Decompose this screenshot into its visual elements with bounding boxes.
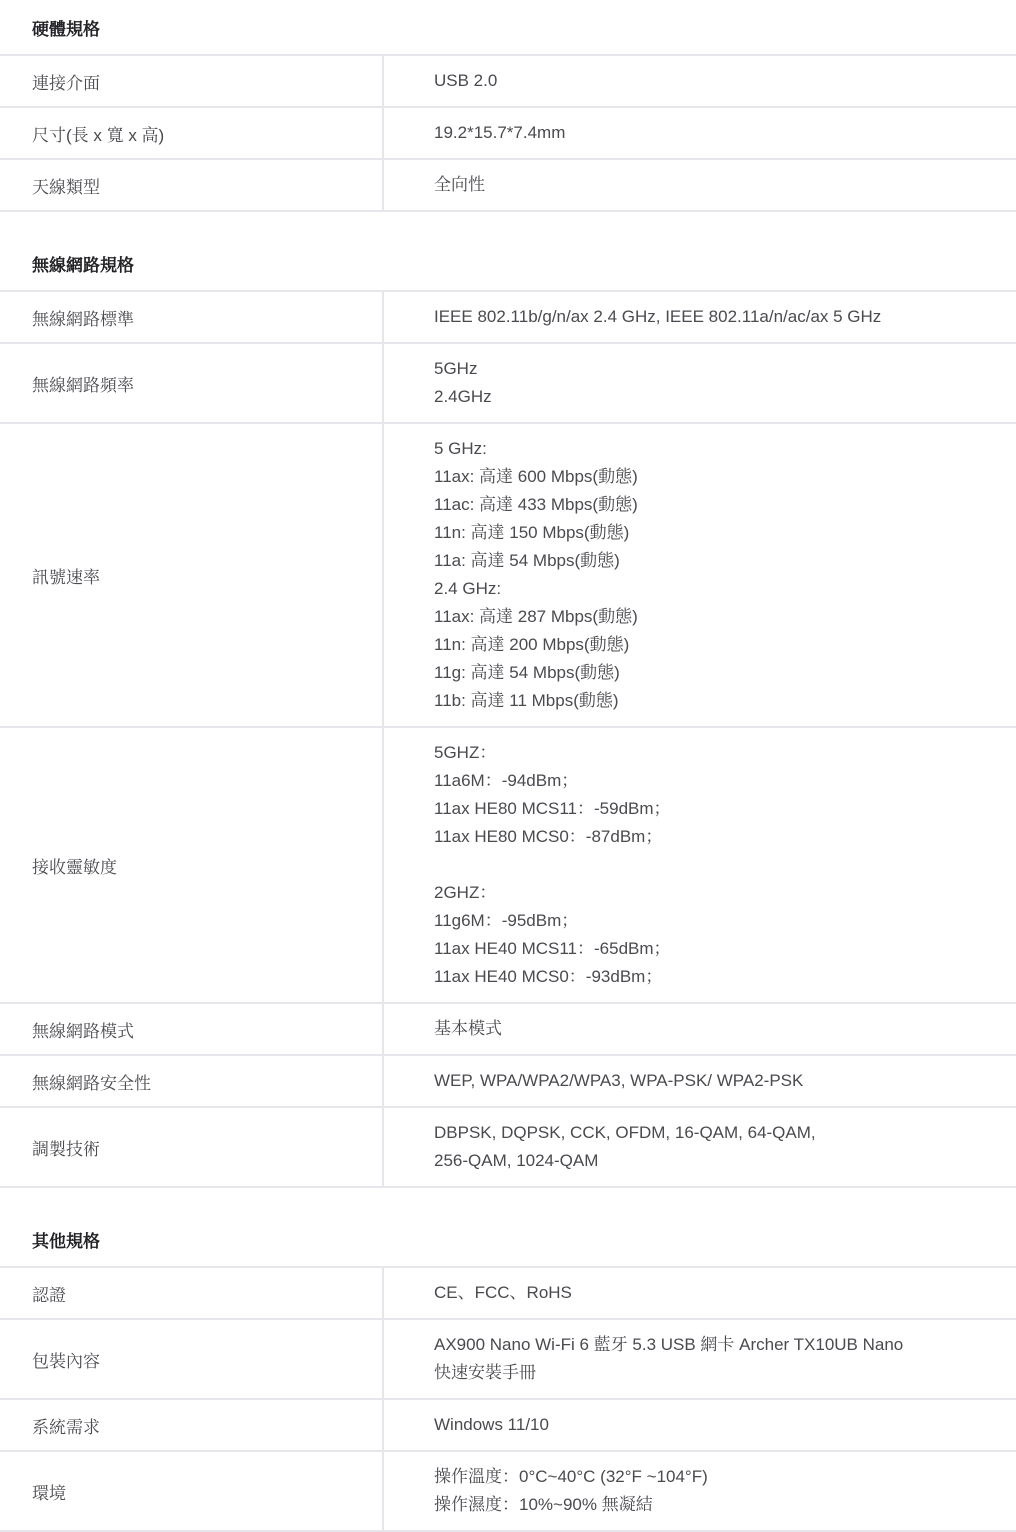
spec-label: 接收靈敏度 — [0, 728, 384, 1002]
spec-row: 無線網路安全性WEP, WPA/WPA2/WPA3, WPA-PSK/ WPA2… — [0, 1056, 1016, 1108]
spec-value: USB 2.0 — [384, 56, 1016, 106]
spec-label: 無線網路標準 — [0, 292, 384, 342]
spec-row: 認證CE、FCC、RoHS — [0, 1268, 1016, 1320]
spec-value-line: 5GHZ： — [434, 739, 966, 767]
spec-row: 系統需求Windows 11/10 — [0, 1400, 1016, 1452]
spec-value: 基本模式 — [384, 1004, 1016, 1054]
spec-value-line: 2.4GHz — [434, 383, 966, 411]
spec-value: 19.2*15.7*7.4mm — [384, 108, 1016, 158]
spec-label: 調製技術 — [0, 1108, 384, 1186]
spec-value-line: CE、FCC、RoHS — [434, 1279, 966, 1307]
spec-value-line: 256-QAM, 1024-QAM — [434, 1147, 966, 1175]
spec-row: 環境操作溫度：0°C~40°C (32°F ~104°F)操作濕度：10%~90… — [0, 1452, 1016, 1532]
spec-row: 訊號速率5 GHz:11ax: 高達 600 Mbps(動態)11ac: 高達 … — [0, 424, 1016, 728]
spec-row: 尺寸(長 x 寬 x 高)19.2*15.7*7.4mm — [0, 108, 1016, 160]
spec-value-line: 2.4 GHz: — [434, 575, 966, 603]
section-title: 硬體規格 — [0, 0, 1016, 56]
spec-row: 接收靈敏度5GHZ：11a6M：-94dBm；11ax HE80 MCS11：-… — [0, 728, 1016, 1004]
spec-row: 包裝內容AX900 Nano Wi-Fi 6 藍牙 5.3 USB 網卡 Arc… — [0, 1320, 1016, 1400]
spec-value-line: IEEE 802.11b/g/n/ax 2.4 GHz, IEEE 802.11… — [434, 303, 966, 331]
section-title: 無線網路規格 — [0, 212, 1016, 292]
spec-value-line: 11a6M：-94dBm； — [434, 767, 966, 795]
spec-value: Windows 11/10 — [384, 1400, 1016, 1450]
spec-value: AX900 Nano Wi-Fi 6 藍牙 5.3 USB 網卡 Archer … — [384, 1320, 1016, 1398]
spec-value: 全向性 — [384, 160, 1016, 210]
spec-value-line: Windows 11/10 — [434, 1411, 966, 1439]
spec-value-line: 11ax: 高達 287 Mbps(動態) — [434, 603, 966, 631]
spec-value-line: 11n: 高達 150 Mbps(動態) — [434, 519, 966, 547]
spec-value-line: 11ax HE80 MCS11：-59dBm； — [434, 795, 966, 823]
spec-value-line: 11b: 高達 11 Mbps(動態) — [434, 687, 966, 715]
spec-row: 無線網路頻率5GHz2.4GHz — [0, 344, 1016, 424]
spec-value-line: 11a: 高達 54 Mbps(動態) — [434, 547, 966, 575]
spec-value: IEEE 802.11b/g/n/ax 2.4 GHz, IEEE 802.11… — [384, 292, 1016, 342]
spec-label: 無線網路安全性 — [0, 1056, 384, 1106]
spec-value: WEP, WPA/WPA2/WPA3, WPA-PSK/ WPA2-PSK — [384, 1056, 1016, 1106]
spec-value-line: USB 2.0 — [434, 67, 966, 95]
spec-value-line: 基本模式 — [434, 1015, 966, 1043]
spec-value-line: 11n: 高達 200 Mbps(動態) — [434, 631, 966, 659]
spec-value: 5 GHz:11ax: 高達 600 Mbps(動態)11ac: 高達 433 … — [384, 424, 1016, 726]
spec-value-line: 全向性 — [434, 171, 966, 199]
spec-value-line: 11ac: 高達 433 Mbps(動態) — [434, 491, 966, 519]
spec-value: CE、FCC、RoHS — [384, 1268, 1016, 1318]
spec-value-line: 11ax HE40 MCS0：-93dBm； — [434, 963, 966, 991]
section-title: 其他規格 — [0, 1188, 1016, 1268]
spec-value-line — [434, 851, 966, 879]
spec-row: 天線類型全向性 — [0, 160, 1016, 212]
spec-value-line: 操作濕度：10%~90% 無凝結 — [434, 1491, 966, 1519]
spec-value-line: 19.2*15.7*7.4mm — [434, 119, 966, 147]
spec-row: 調製技術DBPSK, DQPSK, CCK, OFDM, 16-QAM, 64-… — [0, 1108, 1016, 1188]
spec-row: 無線網路標準IEEE 802.11b/g/n/ax 2.4 GHz, IEEE … — [0, 292, 1016, 344]
spec-row: 無線網路模式基本模式 — [0, 1004, 1016, 1056]
spec-label: 包裝內容 — [0, 1320, 384, 1398]
spec-label: 系統需求 — [0, 1400, 384, 1450]
spec-label: 訊號速率 — [0, 424, 384, 726]
spec-value-line: 5 GHz: — [434, 435, 966, 463]
spec-value: 操作溫度：0°C~40°C (32°F ~104°F)操作濕度：10%~90% … — [384, 1452, 1016, 1530]
spec-label: 尺寸(長 x 寬 x 高) — [0, 108, 384, 158]
spec-value-line: 2GHZ： — [434, 879, 966, 907]
spec-value-line: DBPSK, DQPSK, CCK, OFDM, 16-QAM, 64-QAM, — [434, 1119, 966, 1147]
spec-value-line: 快速安裝手冊 — [434, 1359, 966, 1387]
spec-label: 無線網路頻率 — [0, 344, 384, 422]
spec-value-line: 11ax HE80 MCS0：-87dBm； — [434, 823, 966, 851]
spec-value: DBPSK, DQPSK, CCK, OFDM, 16-QAM, 64-QAM,… — [384, 1108, 1016, 1186]
spec-value: 5GHZ：11a6M：-94dBm；11ax HE80 MCS11：-59dBm… — [384, 728, 1016, 1002]
spec-value-line: WEP, WPA/WPA2/WPA3, WPA-PSK/ WPA2-PSK — [434, 1067, 966, 1095]
spec-value-line: AX900 Nano Wi-Fi 6 藍牙 5.3 USB 網卡 Archer … — [434, 1331, 966, 1359]
spec-label: 天線類型 — [0, 160, 384, 210]
spec-label: 環境 — [0, 1452, 384, 1530]
spec-value-line: 11ax HE40 MCS11：-65dBm； — [434, 935, 966, 963]
spec-label: 認證 — [0, 1268, 384, 1318]
spec-row: 連接介面USB 2.0 — [0, 56, 1016, 108]
spec-value-line: 11ax: 高達 600 Mbps(動態) — [434, 463, 966, 491]
spec-value-line: 5GHz — [434, 355, 966, 383]
spec-label: 無線網路模式 — [0, 1004, 384, 1054]
spec-value-line: 11g: 高達 54 Mbps(動態) — [434, 659, 966, 687]
spec-table: 硬體規格連接介面USB 2.0尺寸(長 x 寬 x 高)19.2*15.7*7.… — [0, 0, 1016, 1532]
spec-value-line: 11g6M：-95dBm； — [434, 907, 966, 935]
spec-label: 連接介面 — [0, 56, 384, 106]
spec-value: 5GHz2.4GHz — [384, 344, 1016, 422]
spec-value-line: 操作溫度：0°C~40°C (32°F ~104°F) — [434, 1463, 966, 1491]
